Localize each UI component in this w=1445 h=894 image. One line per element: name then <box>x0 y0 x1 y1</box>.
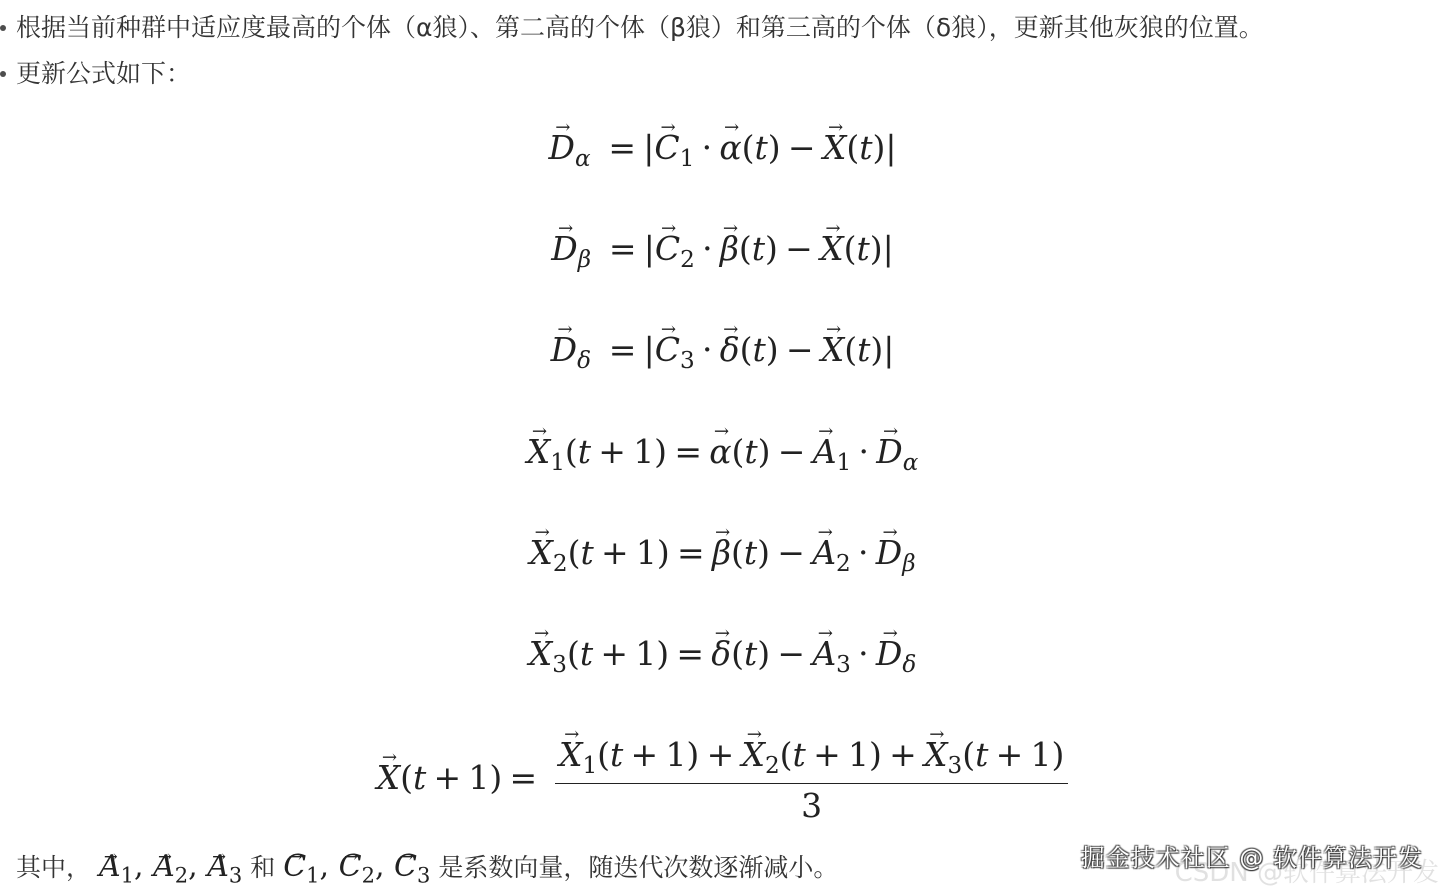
fraction: X1(t+1)+X2(t+1)+X3(t+1) 3 <box>555 735 1068 825</box>
vector-c: C <box>654 128 679 167</box>
equation-final-position: X(t+1)= X1(t+1)+X2(t+1)+X3(t+1) 3 <box>0 735 1445 825</box>
a-vectors: A1, A2, A3 <box>99 849 242 884</box>
subscript: α <box>575 146 591 172</box>
vector-c: C <box>655 229 680 268</box>
vector-d: D <box>551 229 577 268</box>
vector-leader: β <box>720 229 739 268</box>
equation-d-beta: Dβ =|C2·β(t)−X(t)| <box>0 229 1445 273</box>
subscript: 3 <box>552 652 567 678</box>
subscript: 3 <box>836 652 851 678</box>
vector-x: X <box>821 330 845 369</box>
intro-bullet-text: 更新公式如下： <box>16 59 191 88</box>
vector-leader: α <box>709 432 731 471</box>
subscript: β <box>902 551 915 577</box>
vector-leader: β <box>712 533 731 572</box>
equation-x1: X1(t+1)=α(t)−A1·Dα <box>0 432 1445 476</box>
intro-bullet-text: 根据当前种群中适应度最高的个体（α狼）、第二高的个体（β狼）和第三高的个体（δ狼… <box>16 13 1264 42</box>
note-and: 和 <box>250 853 275 882</box>
vector-leader: δ <box>711 634 731 673</box>
subscript: 3 <box>680 348 695 374</box>
vector-leader: δ <box>720 330 740 369</box>
vector-d: D <box>549 128 575 167</box>
note-suffix: 是系数向量，随迭代次数逐渐减小。 <box>438 853 838 882</box>
vector-d: D <box>551 330 577 369</box>
intro-bullet-1: 根据当前种群中适应度最高的个体（α狼）、第二高的个体（β狼）和第三高的个体（δ狼… <box>0 8 1264 54</box>
equation-x3: X3(t+1)=δ(t)−A3·Dδ <box>0 634 1445 678</box>
note-prefix: 其中， <box>16 853 91 882</box>
subscript: 1 <box>837 450 852 476</box>
subscript: δ <box>902 652 916 678</box>
fraction-numerator: X1(t+1)+X2(t+1)+X3(t+1) <box>555 735 1068 784</box>
vector-leader: α <box>719 128 741 167</box>
fraction-denominator: 3 <box>555 784 1068 825</box>
subscript: α <box>903 450 919 476</box>
coefficient-note: 其中， A1, A2, A3 和 C1, C2, C3 是系数向量，随迭代次数逐… <box>16 842 838 894</box>
vector-x: X <box>823 128 847 167</box>
subscript: 2 <box>836 551 851 577</box>
vector-c: C <box>655 330 680 369</box>
subscript: β <box>578 247 591 273</box>
bullet-dot-icon <box>0 25 6 31</box>
equation-x2: X2(t+1)=β(t)−A2·Dβ <box>0 533 1445 577</box>
watermark-primary: 掘金技术社区 @ 软件算法开发 <box>1081 838 1423 873</box>
equation-d-alpha: Dα =|C1·α(t)−X(t)| <box>0 128 1445 172</box>
subscript: 2 <box>553 551 568 577</box>
vector-x: X <box>820 229 844 268</box>
subscript: 2 <box>680 247 695 273</box>
bullet-dot-icon <box>0 71 6 77</box>
subscript: 1 <box>550 450 565 476</box>
intro-bullet-list: 根据当前种群中适应度最高的个体（α狼）、第二高的个体（β狼）和第三高的个体（δ狼… <box>0 8 1264 100</box>
subscript: δ <box>577 348 591 374</box>
subscript: 1 <box>680 146 695 172</box>
intro-bullet-2: 更新公式如下： <box>0 54 1264 100</box>
equation-d-delta: Dδ =|C3·δ(t)−X(t)| <box>0 330 1445 374</box>
c-vectors: C1, C2, C3 <box>283 849 430 884</box>
